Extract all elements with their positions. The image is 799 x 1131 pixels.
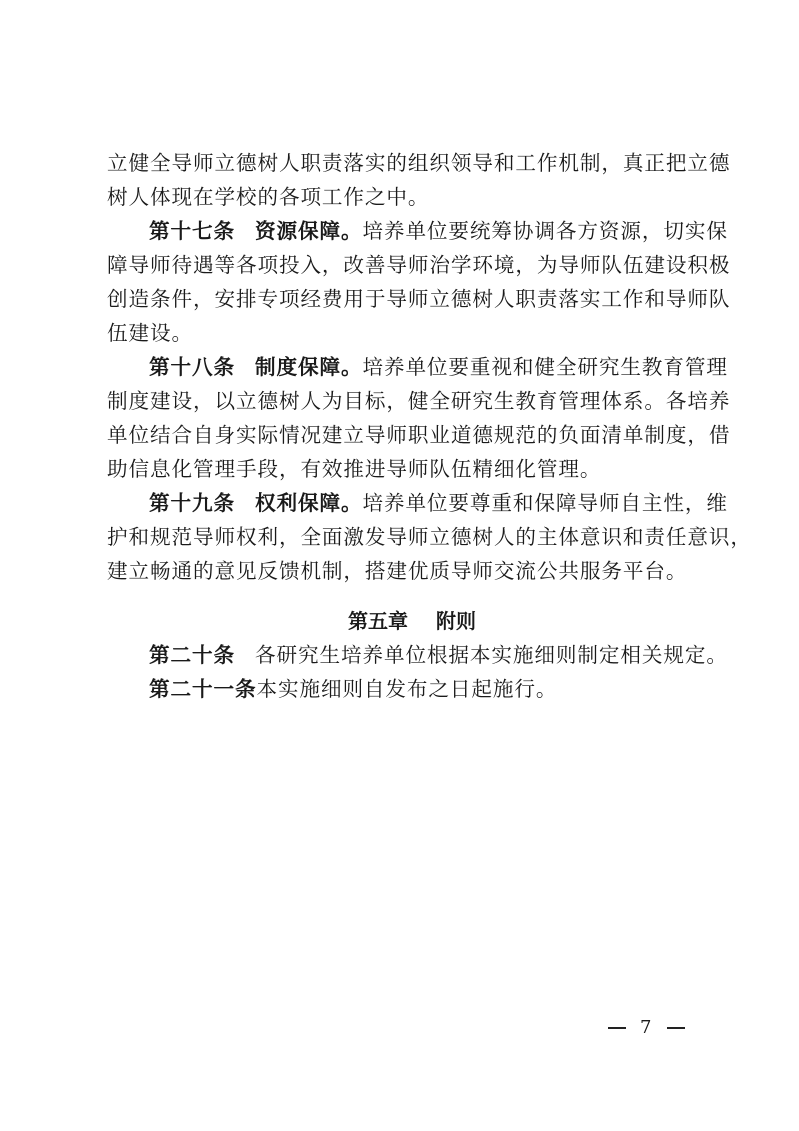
article-20: 第二十条各研究生培养单位根据本实施细则制定相关规定。 <box>107 638 697 672</box>
text-line: 障导师待遇等各项投入，改善导师治学环境，为导师队伍建设积极 <box>107 248 697 282</box>
article-number: 第二十一条 <box>149 677 256 701</box>
text-line: 制度建设，以立德树人为目标，健全研究生教育管理体系。各培养 <box>107 384 697 418</box>
dash-icon <box>667 1027 685 1029</box>
article-first-line: 第十七条资源保障。培养单位要统筹协调各方资源，切实保 <box>107 214 697 248</box>
article-first-line: 第十九条权利保障。培养单位要尊重和保障导师自主性，维 <box>107 486 697 520</box>
article-18: 第十八条制度保障。培养单位要重视和健全研究生教育管理 制度建设，以立德树人为目标… <box>107 350 697 486</box>
text-line: 助信息化管理手段，有效推进导师队伍精细化管理。 <box>107 452 697 486</box>
text-line: 护和规范导师权利，全面激发导师立德树人的主体意识和责任意识， <box>107 520 697 554</box>
article-text: 培养单位要尊重和保障导师自主性，维 <box>362 491 727 515</box>
page-number-value: 7 <box>640 1017 653 1038</box>
text-line: 建立畅通的意见反馈机制，搭建优质导师交流公共服务平台。 <box>107 554 697 588</box>
article-heading: 权利保障。 <box>255 491 362 515</box>
article-17: 第十七条资源保障。培养单位要统筹协调各方资源，切实保 障导师待遇等各项投入，改善… <box>107 214 697 350</box>
article-19: 第十九条权利保障。培养单位要尊重和保障导师自主性，维 护和规范导师权利，全面激发… <box>107 486 697 588</box>
text-line: 单位结合自身实际情况建立导师职业道德规范的负面清单制度，借 <box>107 418 697 452</box>
chapter-number: 第五章 <box>348 609 408 633</box>
text-line: 树人体现在学校的各项工作之中。 <box>107 180 697 214</box>
text-line: 立健全导师立德树人职责落实的组织领导和工作机制，真正把立德 <box>107 146 697 180</box>
article-text: 各研究生培养单位根据本实施细则制定相关规定。 <box>255 643 728 667</box>
article-heading: 制度保障。 <box>255 355 362 379</box>
article-number: 第十九条 <box>149 491 235 515</box>
dash-icon <box>608 1027 626 1029</box>
article-text: 培养单位要统筹协调各方资源，切实保 <box>362 219 727 243</box>
text-line: 创造条件，安排专项经费用于导师立德树人职责落实工作和导师队 <box>107 282 697 316</box>
article-number: 第二十条 <box>149 643 235 667</box>
document-body: 立健全导师立德树人职责落实的组织领导和工作机制，真正把立德 树人体现在学校的各项… <box>107 146 697 706</box>
text-line: 伍建设。 <box>107 316 697 350</box>
article-text: 培养单位要重视和健全研究生教育管理 <box>362 355 727 379</box>
article-heading: 资源保障。 <box>255 219 362 243</box>
article-number: 第十八条 <box>149 355 235 379</box>
article-first-line: 第十八条制度保障。培养单位要重视和健全研究生教育管理 <box>107 350 697 384</box>
article-21: 第二十一条本实施细则自发布之日起施行。 <box>107 672 697 706</box>
chapter-heading: 第五章附则 <box>107 604 697 638</box>
document-page: 立健全导师立德树人职责落实的组织领导和工作机制，真正把立德 树人体现在学校的各项… <box>0 0 799 1131</box>
page-number: 7 <box>608 1017 685 1038</box>
article-text: 本实施细则自发布之日起施行。 <box>256 677 557 701</box>
chapter-title: 附则 <box>436 609 476 633</box>
article-number: 第十七条 <box>149 219 235 243</box>
paragraph-continuation: 立健全导师立德树人职责落实的组织领导和工作机制，真正把立德 树人体现在学校的各项… <box>107 146 697 214</box>
